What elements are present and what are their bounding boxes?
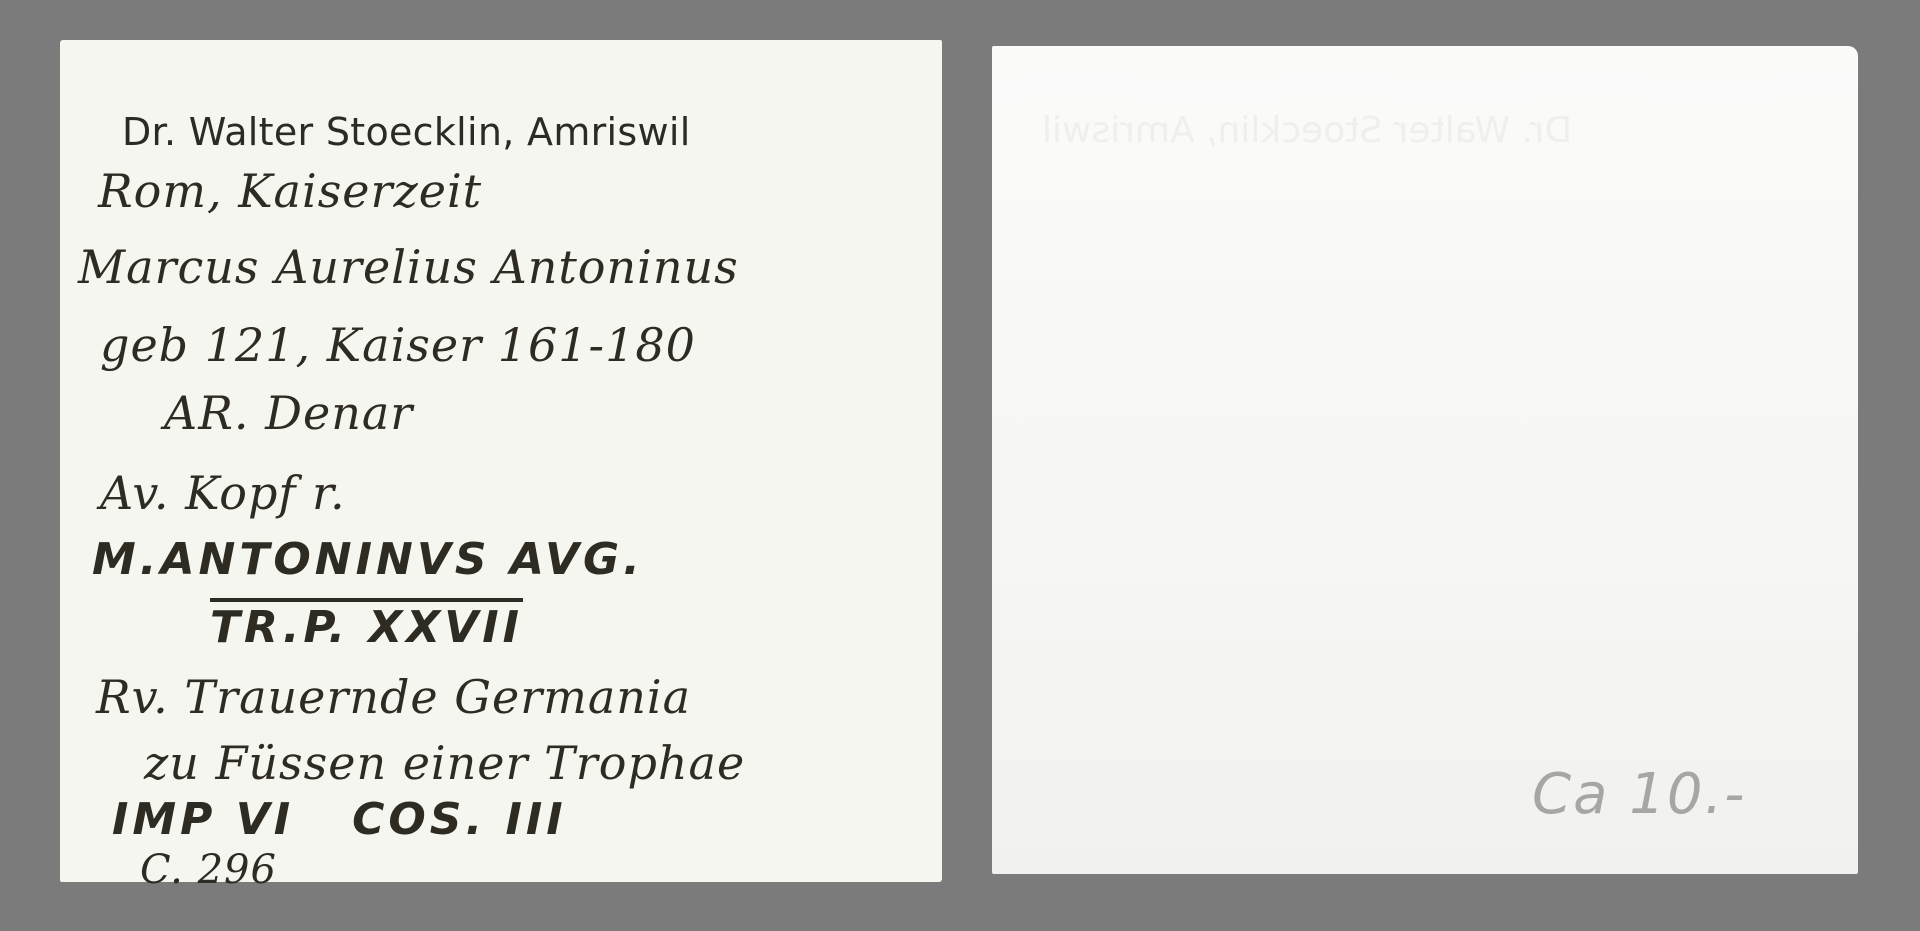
label-card-front: Dr. Walter Stoecklin, Amriswil Rom, Kais… <box>60 40 942 882</box>
handwritten-line-reverse-legend: IMP VI COS. III <box>112 798 567 842</box>
handwritten-line-era: Rom, Kaiserzeit <box>98 168 482 214</box>
pencil-price-note: Ca 10.- <box>1532 762 1746 827</box>
handwritten-line-dates: geb 121, Kaiser 161-180 <box>100 322 696 368</box>
handwritten-line-reverse-desc: zu Füssen einer Trophae <box>144 740 745 786</box>
printed-collector-header: Dr. Walter Stoecklin, Amriswil <box>122 110 691 154</box>
handwritten-line-obverse-legend-2: TR.P. XXVII <box>210 606 523 650</box>
show-through-text: Dr. Walter Stoecklin, Amriswil <box>1042 110 1572 151</box>
handwritten-line-catalog-ref: C. 296 <box>140 850 277 890</box>
handwritten-line-emperor: Marcus Aurelius Antoninus <box>78 244 739 290</box>
handwritten-line-obverse: Av. Kopf r. <box>100 470 346 516</box>
handwritten-line-reverse: Rv. Trauernde Germania <box>96 674 691 720</box>
label-card-back: Dr. Walter Stoecklin, Amriswil Ca 10.- <box>992 46 1858 874</box>
handwritten-line-obverse-legend: M.ANTONINVS AVG. <box>92 538 644 582</box>
handwritten-line-denomination: AR. Denar <box>164 390 413 436</box>
